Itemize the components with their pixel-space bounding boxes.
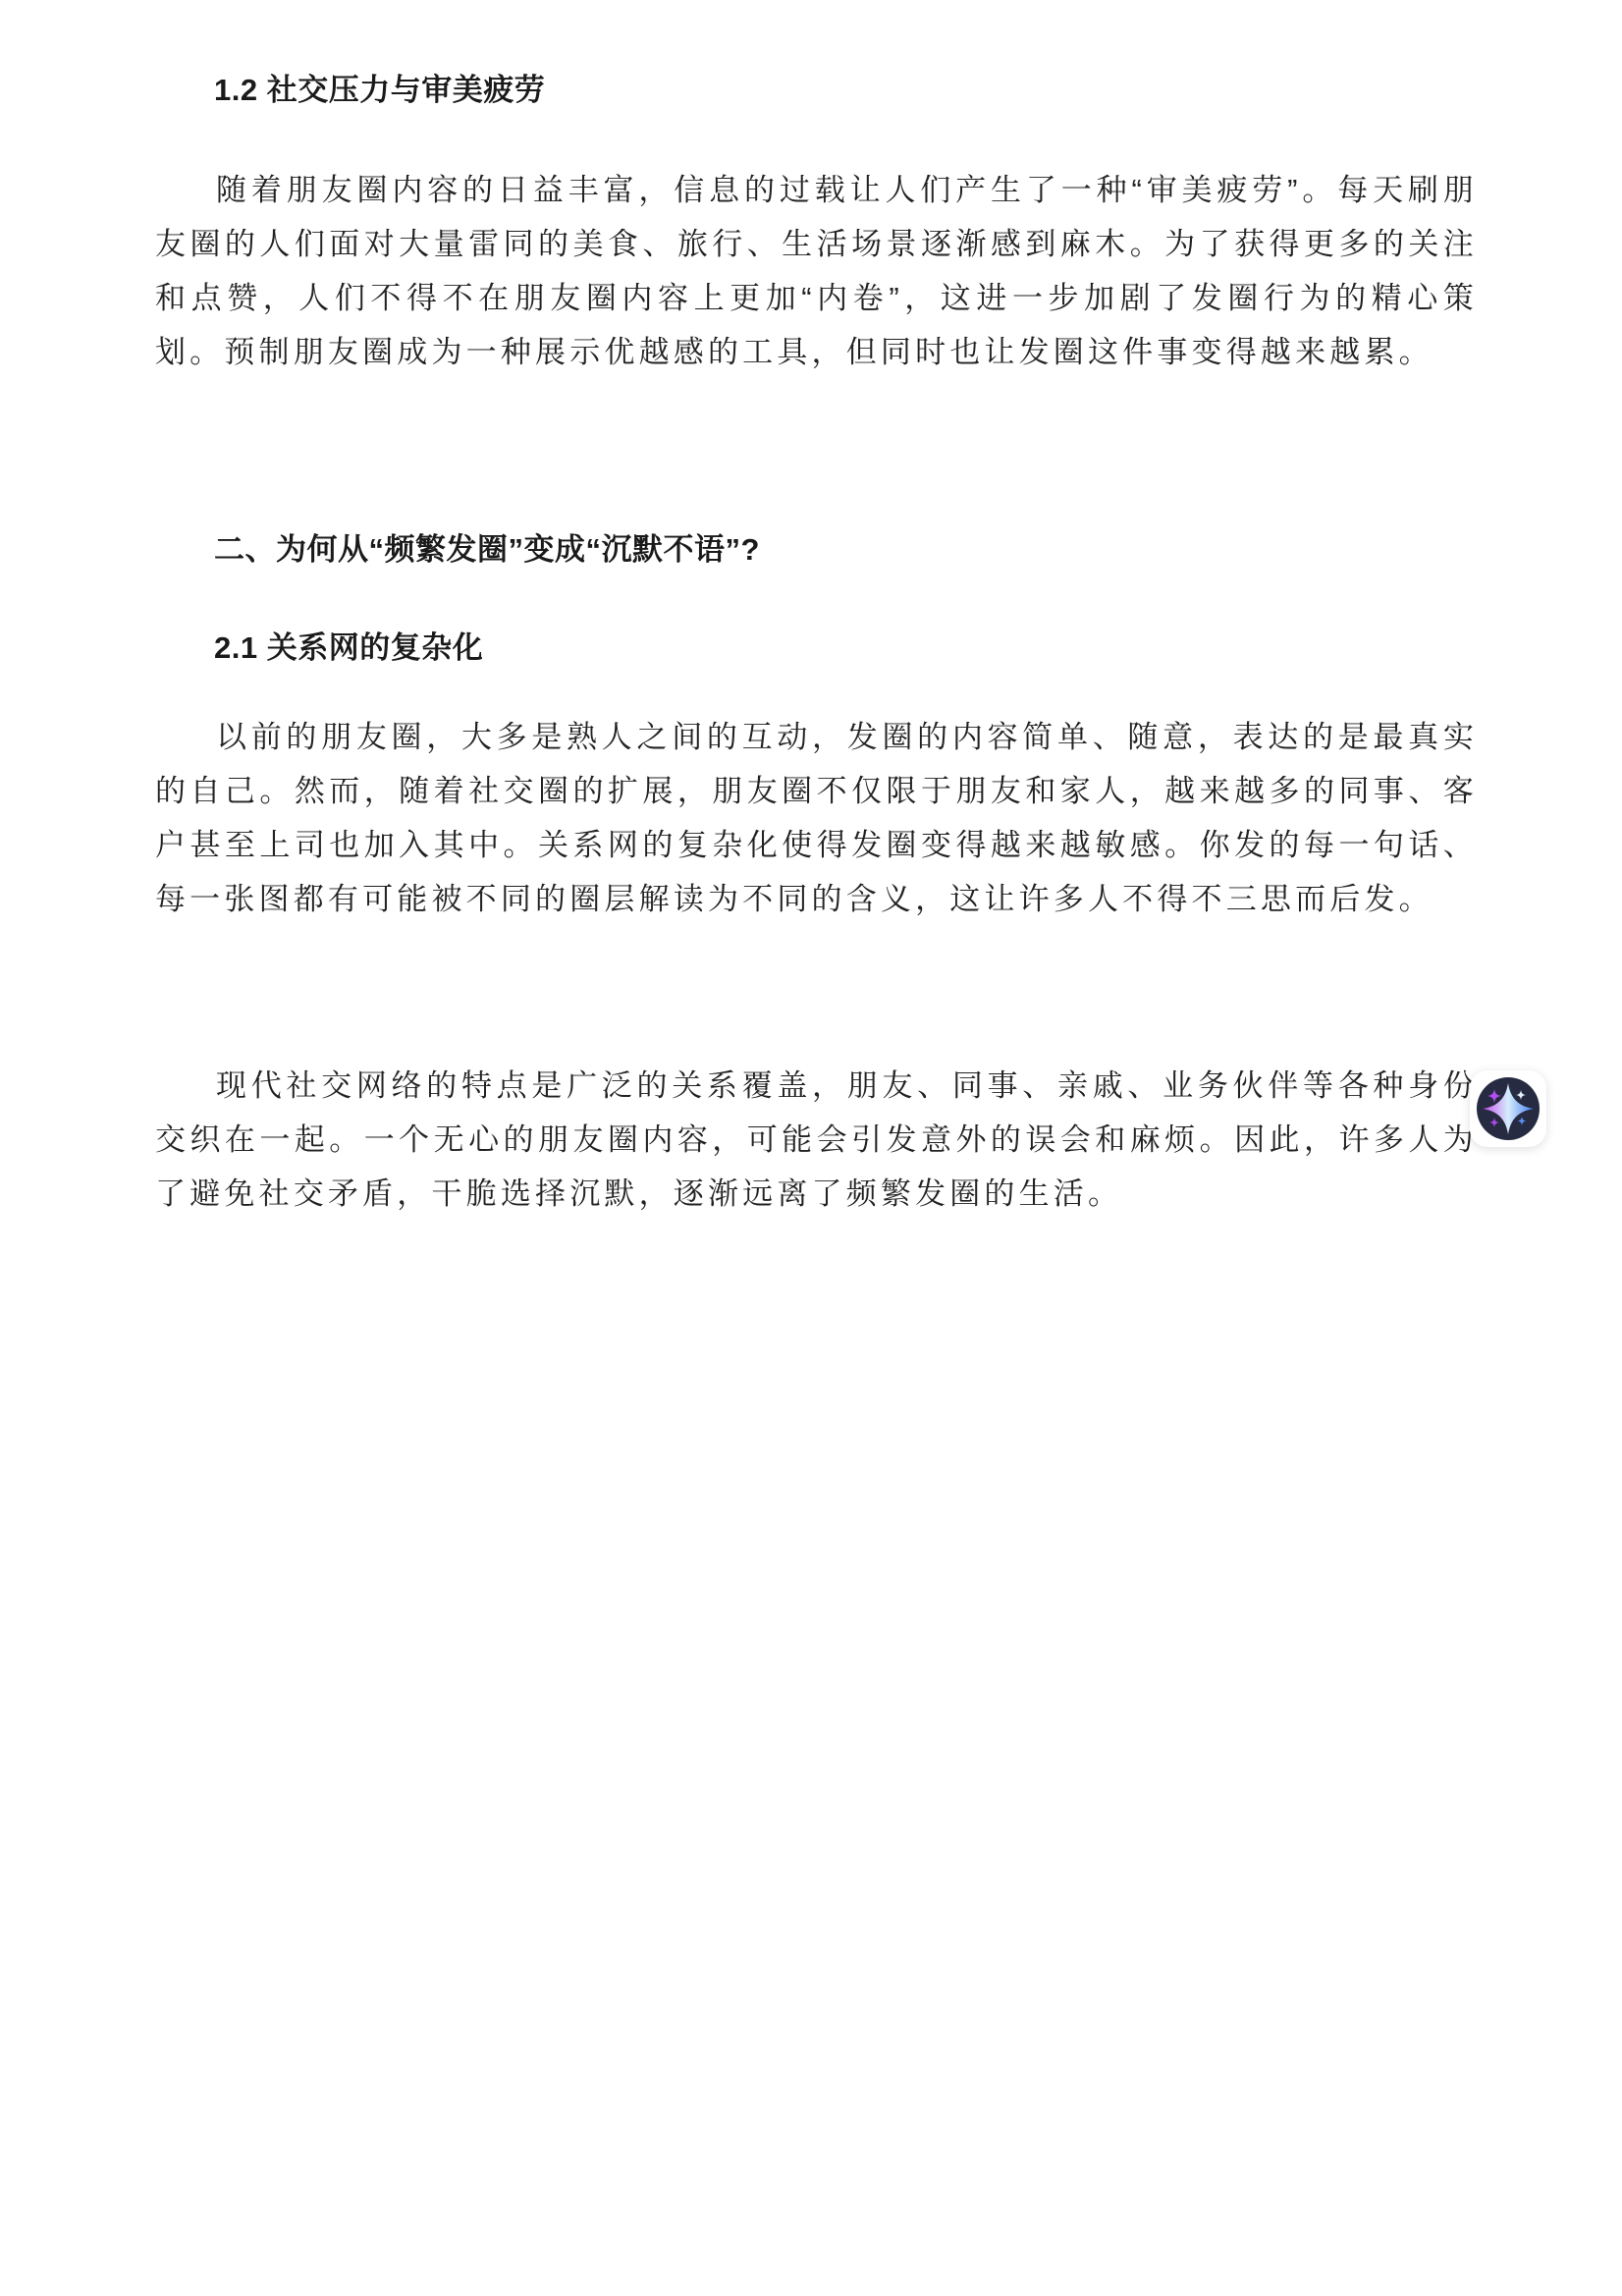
document-page: 1.2 社交压力与审美疲劳 随着朋友圈内容的日益丰富，信息的过载让人们产生了一种… bbox=[0, 0, 1622, 2296]
section-heading-2-1: 2.1 关系网的复杂化 bbox=[155, 627, 1478, 670]
ai-assistant-button[interactable] bbox=[1470, 1070, 1546, 1147]
sparkle-star-icon bbox=[1477, 1077, 1540, 1140]
paragraph-modern-social-network: 现代社交网络的特点是广泛的关系覆盖，朋友、同事、亲戚、业务伙伴等各种身份交织在一… bbox=[155, 1059, 1478, 1221]
paragraph-aesthetic-fatigue: 随着朋友圈内容的日益丰富，信息的过载让人们产生了一种“审美疲劳”。每天刷朋友圈的… bbox=[155, 163, 1478, 379]
section-heading-1-2: 1.2 社交压力与审美疲劳 bbox=[155, 69, 1478, 112]
paragraph-relationship-network: 以前的朋友圈，大多是熟人之间的互动，发圈的内容简单、随意，表达的是最真实的自己。… bbox=[155, 710, 1478, 926]
section-heading-2: 二、为何从“频繁发圈”变成“沉默不语”? bbox=[155, 528, 1478, 572]
document-content: 1.2 社交压力与审美疲劳 随着朋友圈内容的日益丰富，信息的过载让人们产生了一种… bbox=[155, 0, 1478, 1221]
